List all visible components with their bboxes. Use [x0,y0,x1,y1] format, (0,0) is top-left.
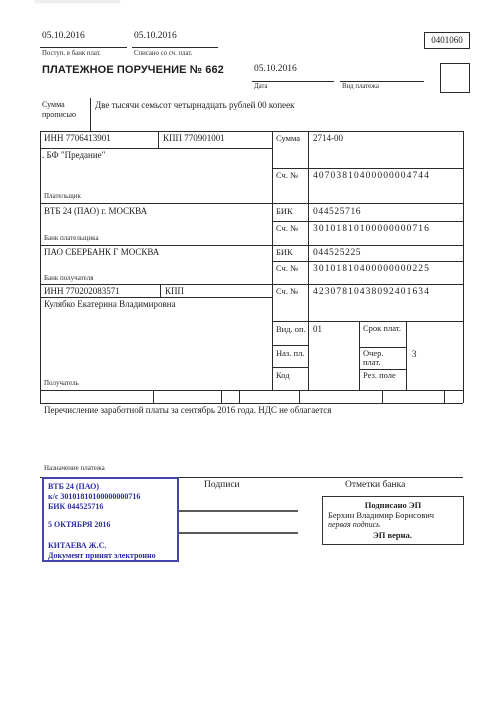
divider [40,203,463,204]
payee-bank-bik: 044525225 [313,248,361,258]
date-received-label: Поступ. в банк плат. [42,50,101,57]
divider [272,345,308,346]
stamp-spacer [48,512,173,520]
document-date-underline [252,81,334,82]
divider [272,261,463,262]
payee-bank-bik-label: БИК [276,248,293,257]
date-debited-label: Списано со сч. плат. [134,50,193,57]
payee-kpp-label: КПП [165,287,184,297]
payer-account-label: Сч. № [276,171,298,180]
payment-term-label: Срок плат. [363,324,401,333]
payment-order-value: 3 [412,350,417,360]
payer-account: 40703810400000004744 [313,171,430,181]
stamp-date: 5 ОКТЯБРЯ 2016 [48,520,173,530]
divider [40,403,463,404]
divider [272,221,463,222]
payment-kind-box [440,63,470,93]
table-right-border [463,131,464,403]
stamp-operator: КИТАЕВА Ж.С. [48,541,173,551]
divider [40,390,463,391]
divider [40,245,463,246]
signature-line [179,532,298,534]
payment-type-label: Вид платежа [342,83,379,90]
date-debited-underline [132,47,218,48]
payer-inn: ИНН 7706413901 [44,134,111,144]
payee-account-label: Сч. № [276,287,298,296]
stamp-note: Документ принят электронно [48,551,173,561]
payee-bank-label: Банк получателя [44,275,94,283]
date-debited: 05.10.2016 [134,31,177,41]
payer-bank-account: 30101810100000000716 [313,224,430,234]
divider [382,390,383,403]
esign-box: Подписано ЭП Берхин Владимир Борисович п… [322,496,464,545]
divider [40,131,463,132]
payer-bank-label: Банк плательщика [44,235,99,243]
payee-label: Получатель [44,380,79,388]
esign-signer-name: Берхин Владимир Борисович [328,510,458,520]
payment-type-underline [340,81,424,82]
payer-bank-bik: 044525716 [313,207,361,217]
bank-acceptance-stamp: ВТБ 24 (ПАО) к/с 30101810100000000716 БИ… [42,477,179,562]
divider [272,367,308,368]
reserve-field-label: Рез. поле [363,371,396,380]
form-code-box: 0401060 [424,32,470,49]
payee-inn: ИНН 770202083571 [44,287,120,297]
payment-order-document: 05.10.2016 Поступ. в банк плат. 05.10.20… [0,0,500,708]
payee-bank-account-label: Сч. № [276,264,298,273]
esign-signer-role: первая подпись [328,520,458,530]
signature-line [179,510,298,512]
stamp-bank-name: ВТБ 24 (ПАО) [48,482,173,492]
payer-bank-name: ВТБ 24 (ПАО) г. МОСКВА [44,207,147,217]
operation-type-label: Вид. оп. [276,325,306,334]
divider [221,390,222,403]
divider [359,321,360,390]
signatures-heading: Подписи [204,480,240,490]
payer-label: Плательщик [44,193,81,201]
divider [40,148,272,149]
date-received: 05.10.2016 [42,31,85,41]
stamp-spacer [48,530,173,541]
sum-label: Сумма [276,134,300,143]
divider [40,284,463,285]
stamp-corr-account: к/с 30101810100000000716 [48,492,173,502]
divider [90,98,91,131]
bank-marks-heading: Отметки банка [345,480,405,490]
payer-kpp: КПП 770901001 [163,134,225,144]
payment-purpose-text: Перечисление заработной платы за сентябр… [44,406,331,416]
sum-value: 2714-00 [313,134,343,144]
document-date: 05.10.2016 [254,64,297,74]
esign-title: Подписано ЭП [328,500,458,510]
payment-order-label: Очер. плат. [363,349,401,368]
scan-artifact [35,0,120,3]
operation-type-value: 01 [313,325,322,335]
divider [153,390,154,403]
table-left-border [40,131,41,403]
amount-in-words-label: Сумма прописью [42,100,87,121]
payee-name: Кулябко Екатерина Владимировна [44,300,176,310]
payee-bank-account: 30101810400000000225 [313,264,430,274]
date-received-underline [40,47,127,48]
document-date-label: Дата [254,83,268,90]
payee-account: 42307810438092401634 [313,287,430,297]
amount-in-words: Две тысячи семьсот четырнадцать рублей 0… [95,101,295,111]
divider [272,168,463,169]
divider [299,390,300,403]
code-label: Код [276,371,290,380]
divider [272,321,463,322]
payer-name: . БФ "Предание" [42,151,105,161]
divider [444,390,445,403]
divider [158,131,159,148]
divider [160,284,161,297]
divider [40,297,272,298]
payer-bank-bik-label: БИК [276,207,293,216]
payer-bank-account-label: Сч. № [276,224,298,233]
payment-purpose-label: Назначение платежа [44,465,105,473]
divider [406,321,407,390]
divider [239,390,240,403]
stamp-bik: БИК 044525716 [48,502,173,512]
document-title: ПЛАТЕЖНОЕ ПОРУЧЕНИЕ № 662 [42,64,224,76]
payee-bank-name: ПАО СБЕРБАНК Г МОСКВА [44,248,159,258]
purpose-code-label: Наз. пл. [276,349,304,358]
esign-verified: ЭП верна. [373,530,458,540]
